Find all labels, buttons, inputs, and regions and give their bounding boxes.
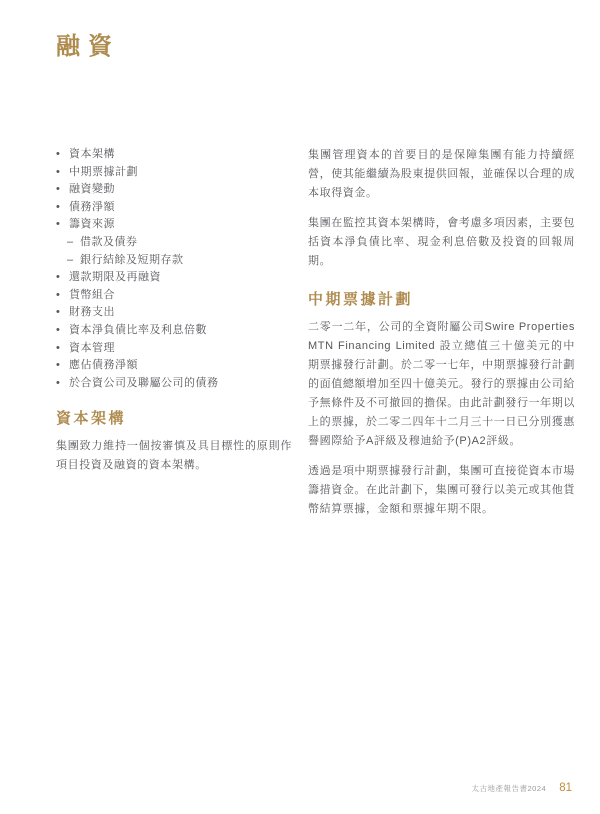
- report-name: 太古地產報告書2024: [472, 783, 547, 794]
- list-subitem-borrowings-bonds: 借款及債券: [67, 234, 292, 252]
- section-heading-mtn-programme: 中期票據計劃: [308, 288, 575, 309]
- list-item-net-debt: 債務淨額: [56, 199, 292, 217]
- left-column: 資本架構 中期票據計劃 融資變動 債務淨額 籌資來源 借款及債券 銀行結餘及短期…: [56, 146, 292, 486]
- right-column: 集團管理資本的首要目的是保障集團有能力持續經營，使其能繼續為股東提供回報，並確保…: [308, 146, 575, 530]
- list-item-jv-associates-debt: 於合資公司及聯屬公司的債務: [56, 375, 292, 393]
- capital-management-paragraph-1: 集團管理資本的首要目的是保障集團有能力持續經營，使其能繼續為股東提供回報，並確保…: [308, 146, 575, 203]
- list-item-attributable-net-debt: 應佔債務淨額: [56, 357, 292, 375]
- page-number: 81: [559, 782, 572, 794]
- list-item-sources-of-finance: 籌資來源: [56, 216, 292, 234]
- capital-management-paragraph-2: 集團在監控其資本架構時，會考慮多項因素，主要包括資本淨負債比率、現金利息倍數及投…: [308, 214, 575, 271]
- list-item-gearing-interest-cover: 資本淨負債比率及利息倍數: [56, 322, 292, 340]
- list-item-changes-in-financing: 融資變動: [56, 181, 292, 199]
- list-item-capital-structure: 資本架構: [56, 146, 292, 164]
- list-item-currency-profile: 貨幣組合: [56, 287, 292, 305]
- topic-list: 資本架構 中期票據計劃 融資變動 債務淨額 籌資來源 借款及債券 銀行結餘及短期…: [56, 146, 292, 392]
- list-item-finance-charges: 財務支出: [56, 304, 292, 322]
- list-item-capital-management: 資本管理: [56, 340, 292, 358]
- mtn-paragraph-2: 透過是項中期票據發行計劃，集團可直接從資本市場籌措資金。在此計劃下，集團可發行以…: [308, 462, 575, 519]
- page-footer: 太古地產報告書2024 81: [472, 782, 572, 794]
- list-subitem-bank-balances-deposits: 銀行結餘及短期存款: [67, 252, 292, 270]
- page-title: 融資: [56, 26, 120, 61]
- list-item-mtn-programme: 中期票據計劃: [56, 164, 292, 182]
- capital-structure-paragraph: 集團致力維持一個按審慎及具目標性的原則作項目投資及融資的資本架構。: [56, 437, 292, 475]
- report-page: 融資 資本架構 中期票據計劃 融資變動 債務淨額 籌資來源 借款及債券 銀行結餘…: [0, 0, 600, 814]
- list-item-maturity-refinancing: 還款期限及再融資: [56, 269, 292, 287]
- mtn-paragraph-1: 二零一二年，公司的全資附屬公司Swire Properties MTN Fina…: [308, 318, 575, 451]
- section-heading-capital-structure: 資本架構: [56, 407, 292, 428]
